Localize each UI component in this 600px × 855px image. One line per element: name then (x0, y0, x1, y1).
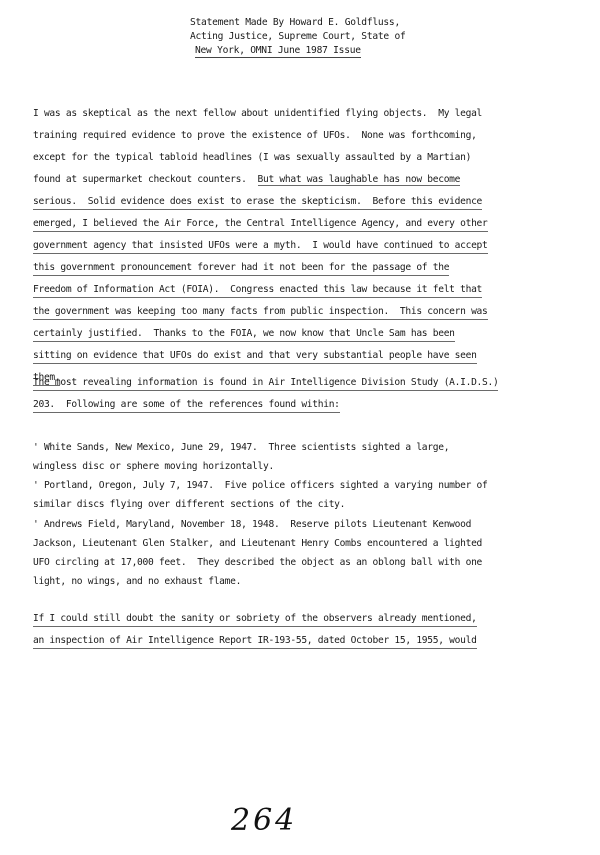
header-line: Statement Made By Howard E. Goldfluss, (190, 16, 406, 30)
underlined-line: serious. Solid evidence does exist to er… (33, 195, 482, 210)
reference-line: ' Andrews Field, Maryland, November 18, … (33, 518, 471, 532)
reference-line: wingless disc or sphere moving horizonta… (33, 460, 274, 474)
underlined-segment: But what was laughable has now become (258, 174, 461, 186)
header-line-wrap: New York, OMNI June 1987 Issue (190, 44, 406, 58)
underlined-line: 203. Following are some of the reference… (33, 398, 340, 413)
text-line-mixed: found at supermarket checkout counters. … (33, 173, 460, 187)
underlined-line: the government was keeping too many fact… (33, 305, 488, 320)
text-line: except for the typical tabloid headlines… (33, 151, 471, 165)
reference-line: similar discs flying over different sect… (33, 498, 345, 512)
reference-line: ' Portland, Oregon, July 7, 1947. Five p… (33, 479, 488, 493)
reference-line: light, no wings, and no exhaust flame. (33, 575, 241, 589)
underlined-line: Freedom of Information Act (FOIA). Congr… (33, 283, 482, 298)
underlined-line: government agency that insisted UFOs wer… (33, 239, 488, 254)
reference-line: UFO circling at 17,000 feet. They descri… (33, 556, 482, 570)
text-line: training required evidence to prove the … (33, 129, 477, 143)
reference-line: ' White Sands, New Mexico, June 29, 1947… (33, 441, 449, 455)
underlined-line: certainly justified. Thanks to the FOIA,… (33, 327, 455, 342)
underlined-line: If I could still doubt the sanity or sob… (33, 612, 477, 627)
header-line-underlined: New York, OMNI June 1987 Issue (195, 45, 361, 58)
underlined-line: this government pronouncement forever ha… (33, 261, 449, 276)
text-segment: found at supermarket checkout counters. (33, 174, 258, 185)
underlined-line: emerged, I believed the Air Force, the C… (33, 217, 488, 232)
underlined-line: an inspection of Air Intelligence Report… (33, 634, 477, 649)
underlined-line: The most revealing information is found … (33, 376, 498, 391)
text-line: I was as skeptical as the next fellow ab… (33, 107, 482, 121)
document-header: Statement Made By Howard E. Goldfluss, A… (190, 16, 406, 58)
underlined-line: sitting on evidence that UFOs do exist a… (33, 349, 477, 364)
document-page: Statement Made By Howard E. Goldfluss, A… (0, 0, 600, 855)
handwritten-page-number: 264 (231, 803, 297, 838)
header-line: Acting Justice, Supreme Court, State of (190, 30, 406, 44)
reference-line: Jackson, Lieutenant Glen Stalker, and Li… (33, 537, 482, 551)
